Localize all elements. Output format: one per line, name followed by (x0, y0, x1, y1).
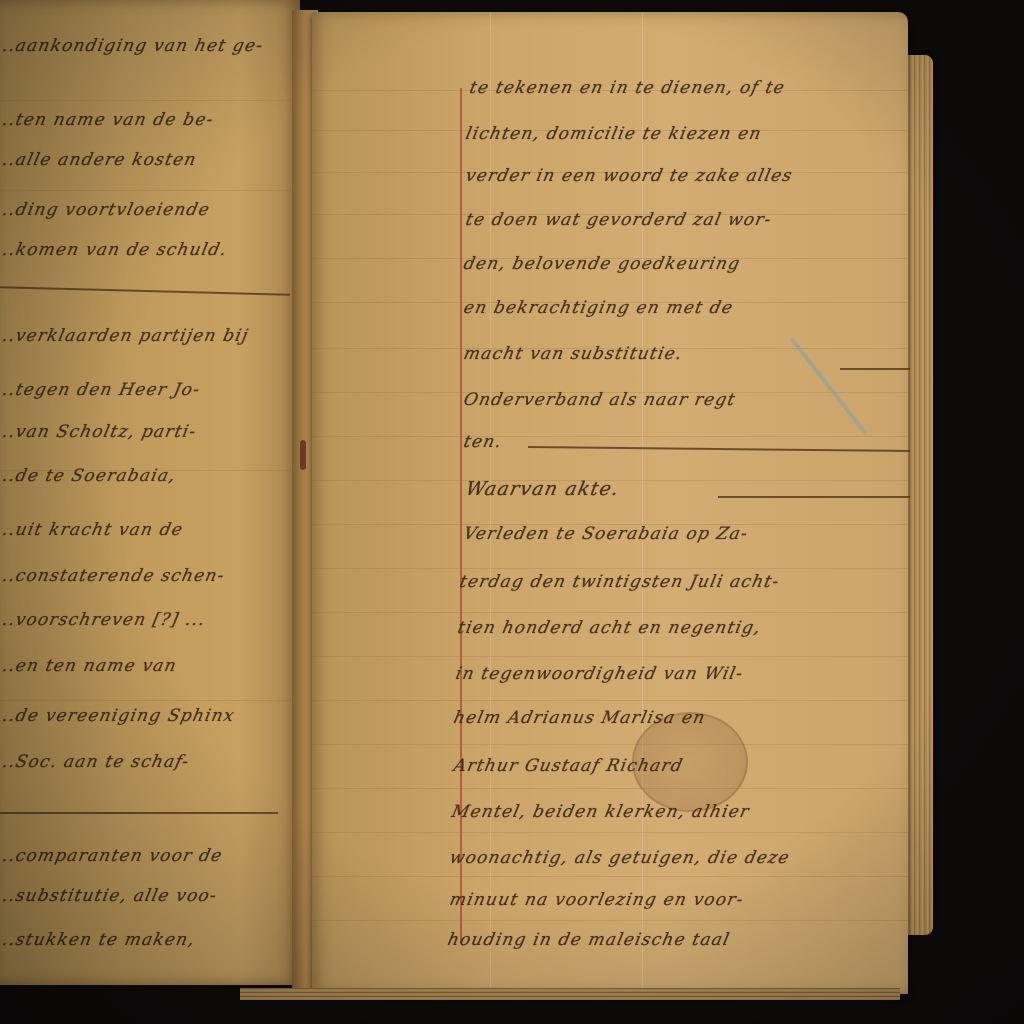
handwriting-line: houding in de maleische taal (446, 930, 732, 950)
handwriting-line: tien honderd acht en negentig, (456, 618, 763, 638)
line-filler-stroke (840, 368, 910, 370)
handwriting-line: ...verklaarden partijen bij (0, 326, 251, 346)
handwriting-line: ...voorschreven [?] ... (0, 610, 208, 630)
handwriting-line: Verleden te Soerabaia op Za- (462, 524, 750, 544)
handwriting-line: ...uit kracht van de (0, 520, 185, 540)
right-page (312, 12, 908, 994)
handwriting-line: in tegenwoordigheid van Wil- (454, 664, 745, 684)
handwriting-line: Arthur Gustaaf Richard (452, 756, 685, 776)
page-ruling (312, 436, 908, 437)
page-bottom-edge (240, 988, 900, 1000)
page-ruling (312, 876, 908, 877)
page-ruling (312, 568, 908, 569)
handwriting-line: ...substitutie, alle voo- (0, 886, 219, 906)
page-ruling (312, 832, 908, 833)
handwriting-line: woonachtig, als getuigen, die deze (448, 848, 792, 868)
handwriting-line: Mentel, beiden klerken, alhier (450, 802, 752, 822)
handwriting-line: ...de te Soerabaia, (0, 466, 178, 486)
handwriting-line: minuut na voorlezing en voor- (448, 890, 746, 910)
handwriting-line: Waarvan akte. (464, 478, 622, 500)
handwriting-line: te doen wat gevorderd zal wor- (464, 210, 774, 230)
handwriting-line: ...comparanten voor de (0, 846, 225, 866)
handwriting-line: ...ten name van de be- (0, 110, 216, 130)
page-ruling (312, 700, 908, 701)
handwriting-line: ...en ten name van (0, 656, 179, 676)
section-divider (0, 286, 290, 296)
page-ruling (312, 656, 908, 657)
page-ruling (312, 920, 908, 921)
handwriting-line: terdag den twintigsten Juli acht- (458, 572, 782, 592)
handwriting-line: ...stukken te maken, (0, 930, 197, 950)
handwriting-line: macht van substitutie. (462, 344, 685, 364)
handwriting-line: ...tegen den Heer Jo- (0, 380, 202, 400)
page-ruling (0, 190, 300, 191)
page-ruling (0, 700, 300, 701)
handwriting-line: ...alle andere kosten (0, 150, 199, 170)
handwriting-line: Onderverband als naar regt (462, 390, 738, 410)
handwriting-line: ...Soc. aan te schaf- (0, 752, 191, 772)
line-filler-stroke (718, 496, 910, 498)
page-ruling (312, 612, 908, 613)
handwriting-line: ten. (462, 432, 504, 452)
handwriting-line: ...van Scholtz, parti- (0, 422, 198, 442)
open-register-book: ...aankondiging van het ge- ...ten name … (0, 0, 1024, 1024)
section-divider (0, 812, 278, 814)
handwriting-line: ...aankondiging van het ge- (0, 36, 265, 56)
handwriting-line: te tekenen en in te dienen, of te (468, 78, 787, 98)
left-page: ...aankondiging van het ge- ...ten name … (0, 0, 300, 985)
handwriting-line: ...komen van de schuld. (0, 240, 229, 260)
handwriting-line: ...ding voortvloeiende (0, 200, 212, 220)
handwriting-line: ...constaterende schen- (0, 566, 227, 586)
handwriting-line: den, belovende goedkeuring (462, 254, 743, 274)
fold-crease (490, 12, 491, 994)
page-ruling (312, 788, 908, 789)
page-edges (905, 55, 933, 935)
page-ruling (0, 100, 300, 101)
handwriting-line: verder in een woord te zake alles (464, 166, 795, 186)
handwriting-line: helm Adrianus Marlisa en (452, 708, 708, 728)
page-ruling (312, 744, 908, 745)
fold-crease (642, 12, 643, 994)
handwriting-line: lichten, domicilie te kiezen en (464, 124, 764, 144)
ink-blot (300, 440, 306, 470)
handwriting-line: en bekrachtiging en met de (462, 298, 735, 318)
handwriting-line: ...de vereeniging Sphinx (0, 706, 237, 726)
